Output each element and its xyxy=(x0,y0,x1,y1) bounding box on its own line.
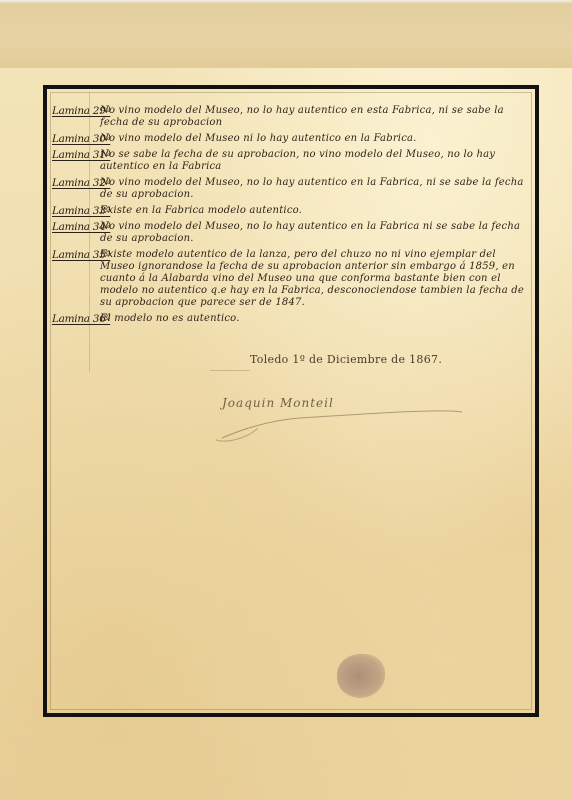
closing-date: Toledo 1º de Diciembre de 1867. xyxy=(250,353,442,366)
entry-label: Lamina 30ª xyxy=(52,133,98,145)
entry-label: Lamina 34ª xyxy=(52,221,98,233)
signature: Joaquin Monteil xyxy=(222,396,334,410)
entry-text: No vino modelo del Museo, no lo hay aute… xyxy=(98,177,530,201)
entry-text: Existe modelo autentico de la lanza, per… xyxy=(98,249,530,309)
entry-label: Lamina 35ª xyxy=(52,249,98,261)
date-dash-line xyxy=(210,370,250,371)
entry-lamina-29: Lamina 29ª No vino modelo del Museo, no … xyxy=(52,105,530,129)
entry-label: Lamina 36ª xyxy=(52,313,98,325)
entry-label: Lamina 31ª xyxy=(52,149,98,161)
entry-text: Existe en la Fabrica modelo autentico. xyxy=(98,205,530,217)
entry-label: Lamina 29ª xyxy=(52,105,98,117)
entry-label: Lamina 32ª xyxy=(52,177,98,189)
entry-text: El modelo no es autentico. xyxy=(98,313,530,325)
entry-lamina-30: Lamina 30ª No vino modelo del Museo ni l… xyxy=(52,133,530,145)
entry-text: No se sabe la fecha de su aprobacion, no… xyxy=(98,149,530,173)
entry-lamina-31: Lamina 31ª No se sabe la fecha de su apr… xyxy=(52,149,530,173)
entry-lamina-33: Lamina 33ª Existe en la Fabrica modelo a… xyxy=(52,205,530,217)
entry-lamina-35: Lamina 35ª Existe modelo autentico de la… xyxy=(52,249,530,309)
entry-text: No vino modelo del Museo, no lo hay aute… xyxy=(98,221,530,245)
entry-lamina-32: Lamina 32ª No vino modelo del Museo, no … xyxy=(52,177,530,201)
mount-strip xyxy=(0,0,572,69)
entry-text: No vino modelo del Museo, no lo hay aute… xyxy=(98,105,530,129)
entry-list: Lamina 29ª No vino modelo del Museo, no … xyxy=(52,105,530,329)
entry-lamina-34: Lamina 34ª No vino modelo del Museo, no … xyxy=(52,221,530,245)
entry-text: No vino modelo del Museo ni lo hay auten… xyxy=(98,133,530,145)
entry-lamina-36: Lamina 36ª El modelo no es autentico. xyxy=(52,313,530,325)
entry-label: Lamina 33ª xyxy=(52,205,98,217)
